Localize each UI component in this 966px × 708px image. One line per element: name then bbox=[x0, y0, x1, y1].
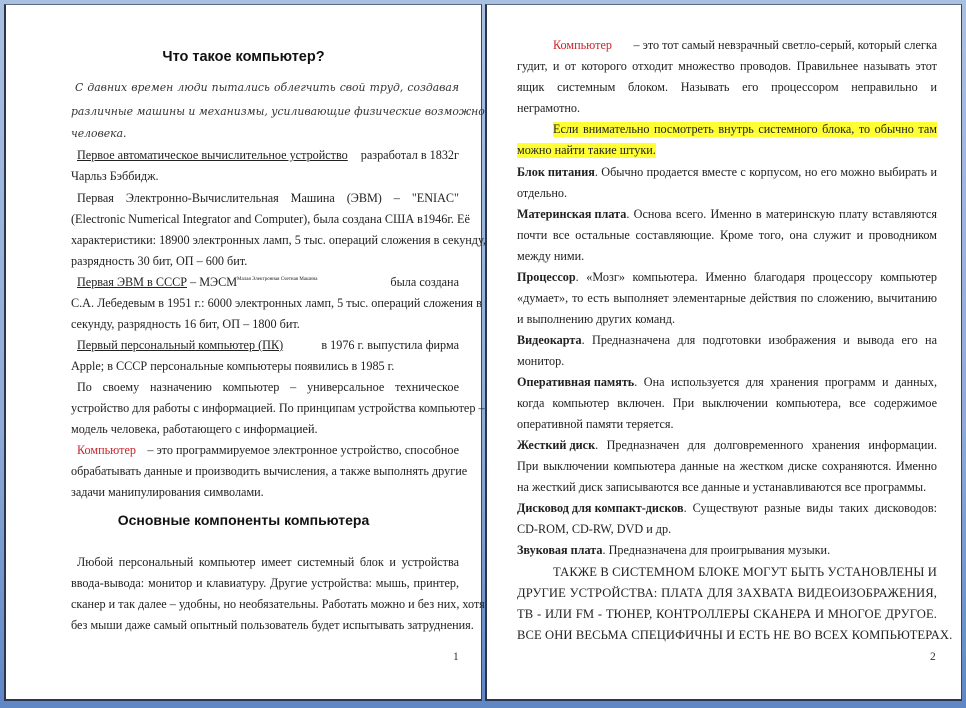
definition-term: Компьютер bbox=[77, 443, 136, 458]
component-description: . Существуют разные виды таких дисководо… bbox=[684, 501, 937, 516]
mesm-link-text: Первая ЭВМ в СССР bbox=[77, 275, 187, 289]
paragraph-definition: Компьютер – это программируемое электрон… bbox=[77, 443, 459, 458]
paragraph-mesm: Первая ЭВМ в СССР – МЭСММалая Электронна… bbox=[77, 275, 459, 290]
caps-line: ТАКЖЕ В СИСТЕМНОМ БЛОКЕ МОГУТ БЫТЬ УСТАН… bbox=[553, 565, 937, 580]
component-description-line: отдельно. bbox=[517, 186, 567, 201]
component-description-line: на жесткий диск записываются все данные … bbox=[517, 480, 926, 495]
caps-line: ДРУГИЕ УСТРОЙСТВА: ПЛАТА ДЛЯ ЗАХВАТА ВИД… bbox=[517, 586, 937, 601]
component-item: Материнская плата. Основа всего. Именно … bbox=[517, 207, 937, 222]
babbage-text: разработал в 1832г bbox=[361, 148, 459, 163]
purpose-line: устройство для работы с информацией. По … bbox=[71, 401, 459, 416]
component-description: . «Мозг» компьютера. Именно благодаря пр… bbox=[576, 270, 937, 285]
mesm-text: – МЭСМ bbox=[187, 275, 237, 289]
caps-line: ВСЕ ОНИ ВЕСЬМА СПЕЦИФИЧНЫ И ЕСТЬ НЕ ВО В… bbox=[517, 628, 937, 643]
component-description-line: CD-ROM, CD-RW, DVD и др. bbox=[517, 522, 671, 537]
component-name: Процессор bbox=[517, 270, 576, 285]
document-page-1: Что такое компьютер? С давних времен люд… bbox=[4, 4, 482, 701]
component-description: . Предназначена для подготовки изображен… bbox=[582, 333, 937, 348]
pc-link-text: Первый персональный компьютер (ПК) bbox=[77, 338, 283, 353]
intro-line: различные машины и механизмы, усиливающи… bbox=[71, 105, 459, 118]
pc-text: в 1976 г. выпустила фирма bbox=[321, 338, 459, 353]
definition-line: задачи манипулирования символами. bbox=[71, 485, 264, 500]
page-title: Что такое компьютер? bbox=[6, 49, 481, 65]
component-item: Дисковод для компакт-дисков. Существуют … bbox=[517, 501, 937, 516]
purpose-line: По своему назначению компьютер – универс… bbox=[77, 380, 459, 395]
mesm-line: С.А. Лебедевым в 1951 г.: 6000 электронн… bbox=[71, 296, 459, 311]
document-page-2: Компьютер – это тот самый невзрачный све… bbox=[485, 4, 962, 701]
eniac-line: Первая Электронно-Вычислительная Машина … bbox=[77, 191, 459, 206]
babbage-line: Чарльз Бэббидж. bbox=[71, 169, 159, 184]
intro-line: С давних времен люди пытались облегчить … bbox=[75, 81, 459, 94]
component-name: Дисковод для компакт-дисков bbox=[517, 501, 684, 516]
component-description: . Она используется для хранения программ… bbox=[634, 375, 937, 390]
components-intro-line: Любой персональный компьютер имеет систе… bbox=[77, 555, 459, 570]
pc-line: Apple; в СССР персональные компьютеры по… bbox=[71, 359, 394, 374]
component-description-line: При выключении компьютера данные на жест… bbox=[517, 459, 937, 474]
component-description-line: «думает», то есть выполняет элементарные… bbox=[517, 291, 937, 306]
component-item: Жесткий диск. Предназначен для долговрем… bbox=[517, 438, 937, 453]
component-name: Оперативная память bbox=[517, 375, 634, 390]
component-name: Блок питания bbox=[517, 165, 595, 180]
definition-line: обрабатывать данные и производить вычисл… bbox=[71, 464, 459, 479]
component-description-line: между ними. bbox=[517, 249, 584, 264]
babbage-link-text: Первое автоматическое вычислительное уст… bbox=[77, 148, 348, 163]
sysblock-line: гудит, и от которого отходит множество п… bbox=[517, 59, 937, 74]
page-number: 2 bbox=[930, 651, 936, 663]
component-description-line: и выполнению других команд. bbox=[517, 312, 675, 327]
caps-line: ТВ - ИЛИ FM - ТЮНЕР, КОНТРОЛЛЕРЫ СКАНЕРА… bbox=[517, 607, 937, 622]
component-name: Жесткий диск bbox=[517, 438, 595, 453]
sysblock-line: неграмотно. bbox=[517, 101, 580, 116]
definition-text: – это программируемое электронное устрой… bbox=[147, 443, 459, 458]
component-item: Процессор. «Мозг» компьютера. Именно бла… bbox=[517, 270, 937, 285]
component-description-line: когда компьютер включен. При выключении … bbox=[517, 396, 937, 411]
components-intro-line: ввода-вывода: монитор и клавиатуру. Друг… bbox=[71, 576, 459, 591]
eniac-line: характеристики: 18900 электронных ламп, … bbox=[71, 233, 459, 248]
component-description: . Предназначена для проигрывания музыки. bbox=[603, 543, 831, 557]
component-item: Блок питания. Обычно продается вместе с … bbox=[517, 165, 937, 180]
eniac-line: (Electronic Numerical Integrator and Com… bbox=[71, 212, 459, 227]
mesm-text: была создана bbox=[390, 275, 459, 290]
component-item: Видеокарта. Предназначена для подготовки… bbox=[517, 333, 937, 348]
section-title: Основные компоненты компьютера bbox=[6, 512, 481, 528]
intro-line: человека. bbox=[71, 127, 126, 140]
component-description-line: монитор. bbox=[517, 354, 564, 369]
component-description-line: оперативной памяти теряется. bbox=[517, 417, 674, 432]
purpose-line: модель человека, работающего с информаци… bbox=[71, 422, 318, 437]
component-description-line: почти все остальные составляющие. Кроме … bbox=[517, 228, 937, 243]
components-intro-line: сканер и так далее – удобны, но необязат… bbox=[71, 597, 459, 612]
component-description: . Обычно продается вместе с корпусом, но… bbox=[595, 165, 937, 180]
component-name: Видеокарта bbox=[517, 333, 582, 348]
paragraph-sysblock: Компьютер – это тот самый невзрачный све… bbox=[553, 38, 937, 53]
component-name: Материнская плата bbox=[517, 207, 626, 222]
sysblock-text: – это тот самый невзрачный светло-серый,… bbox=[633, 38, 937, 53]
component-description: . Предназначен для долговременного хране… bbox=[595, 438, 937, 453]
components-intro-line: без мыши даже самый опытный пользователь… bbox=[71, 618, 474, 633]
component-item: Звуковая плата. Предназначена для проигр… bbox=[517, 543, 830, 558]
paragraph-pc: Первый персональный компьютер (ПК) в 197… bbox=[77, 338, 459, 353]
mesm-line: секунду, разрядность 16 бит, ОП – 1800 б… bbox=[71, 317, 300, 332]
component-item: Оперативная память. Она используется для… bbox=[517, 375, 937, 390]
page-number: 1 bbox=[453, 651, 459, 663]
eniac-line: разрядность 30 бит, ОП – 600 бит. bbox=[71, 254, 247, 269]
component-description: . Основа всего. Именно в материнскую пла… bbox=[626, 207, 937, 222]
sysblock-line: ящик системным блоком. Называть его проц… bbox=[517, 80, 937, 95]
highlighted-line: можно найти такие штуки. bbox=[517, 143, 656, 158]
sysblock-term: Компьютер bbox=[553, 38, 612, 53]
paragraph-babbage: Первое автоматическое вычислительное уст… bbox=[77, 148, 459, 163]
highlighted-line: Если внимательно посмотреть внутрь систе… bbox=[553, 122, 937, 137]
component-name: Звуковая плата bbox=[517, 543, 603, 557]
mesm-superscript: Малая Электронная Счетная Машина bbox=[237, 277, 317, 282]
